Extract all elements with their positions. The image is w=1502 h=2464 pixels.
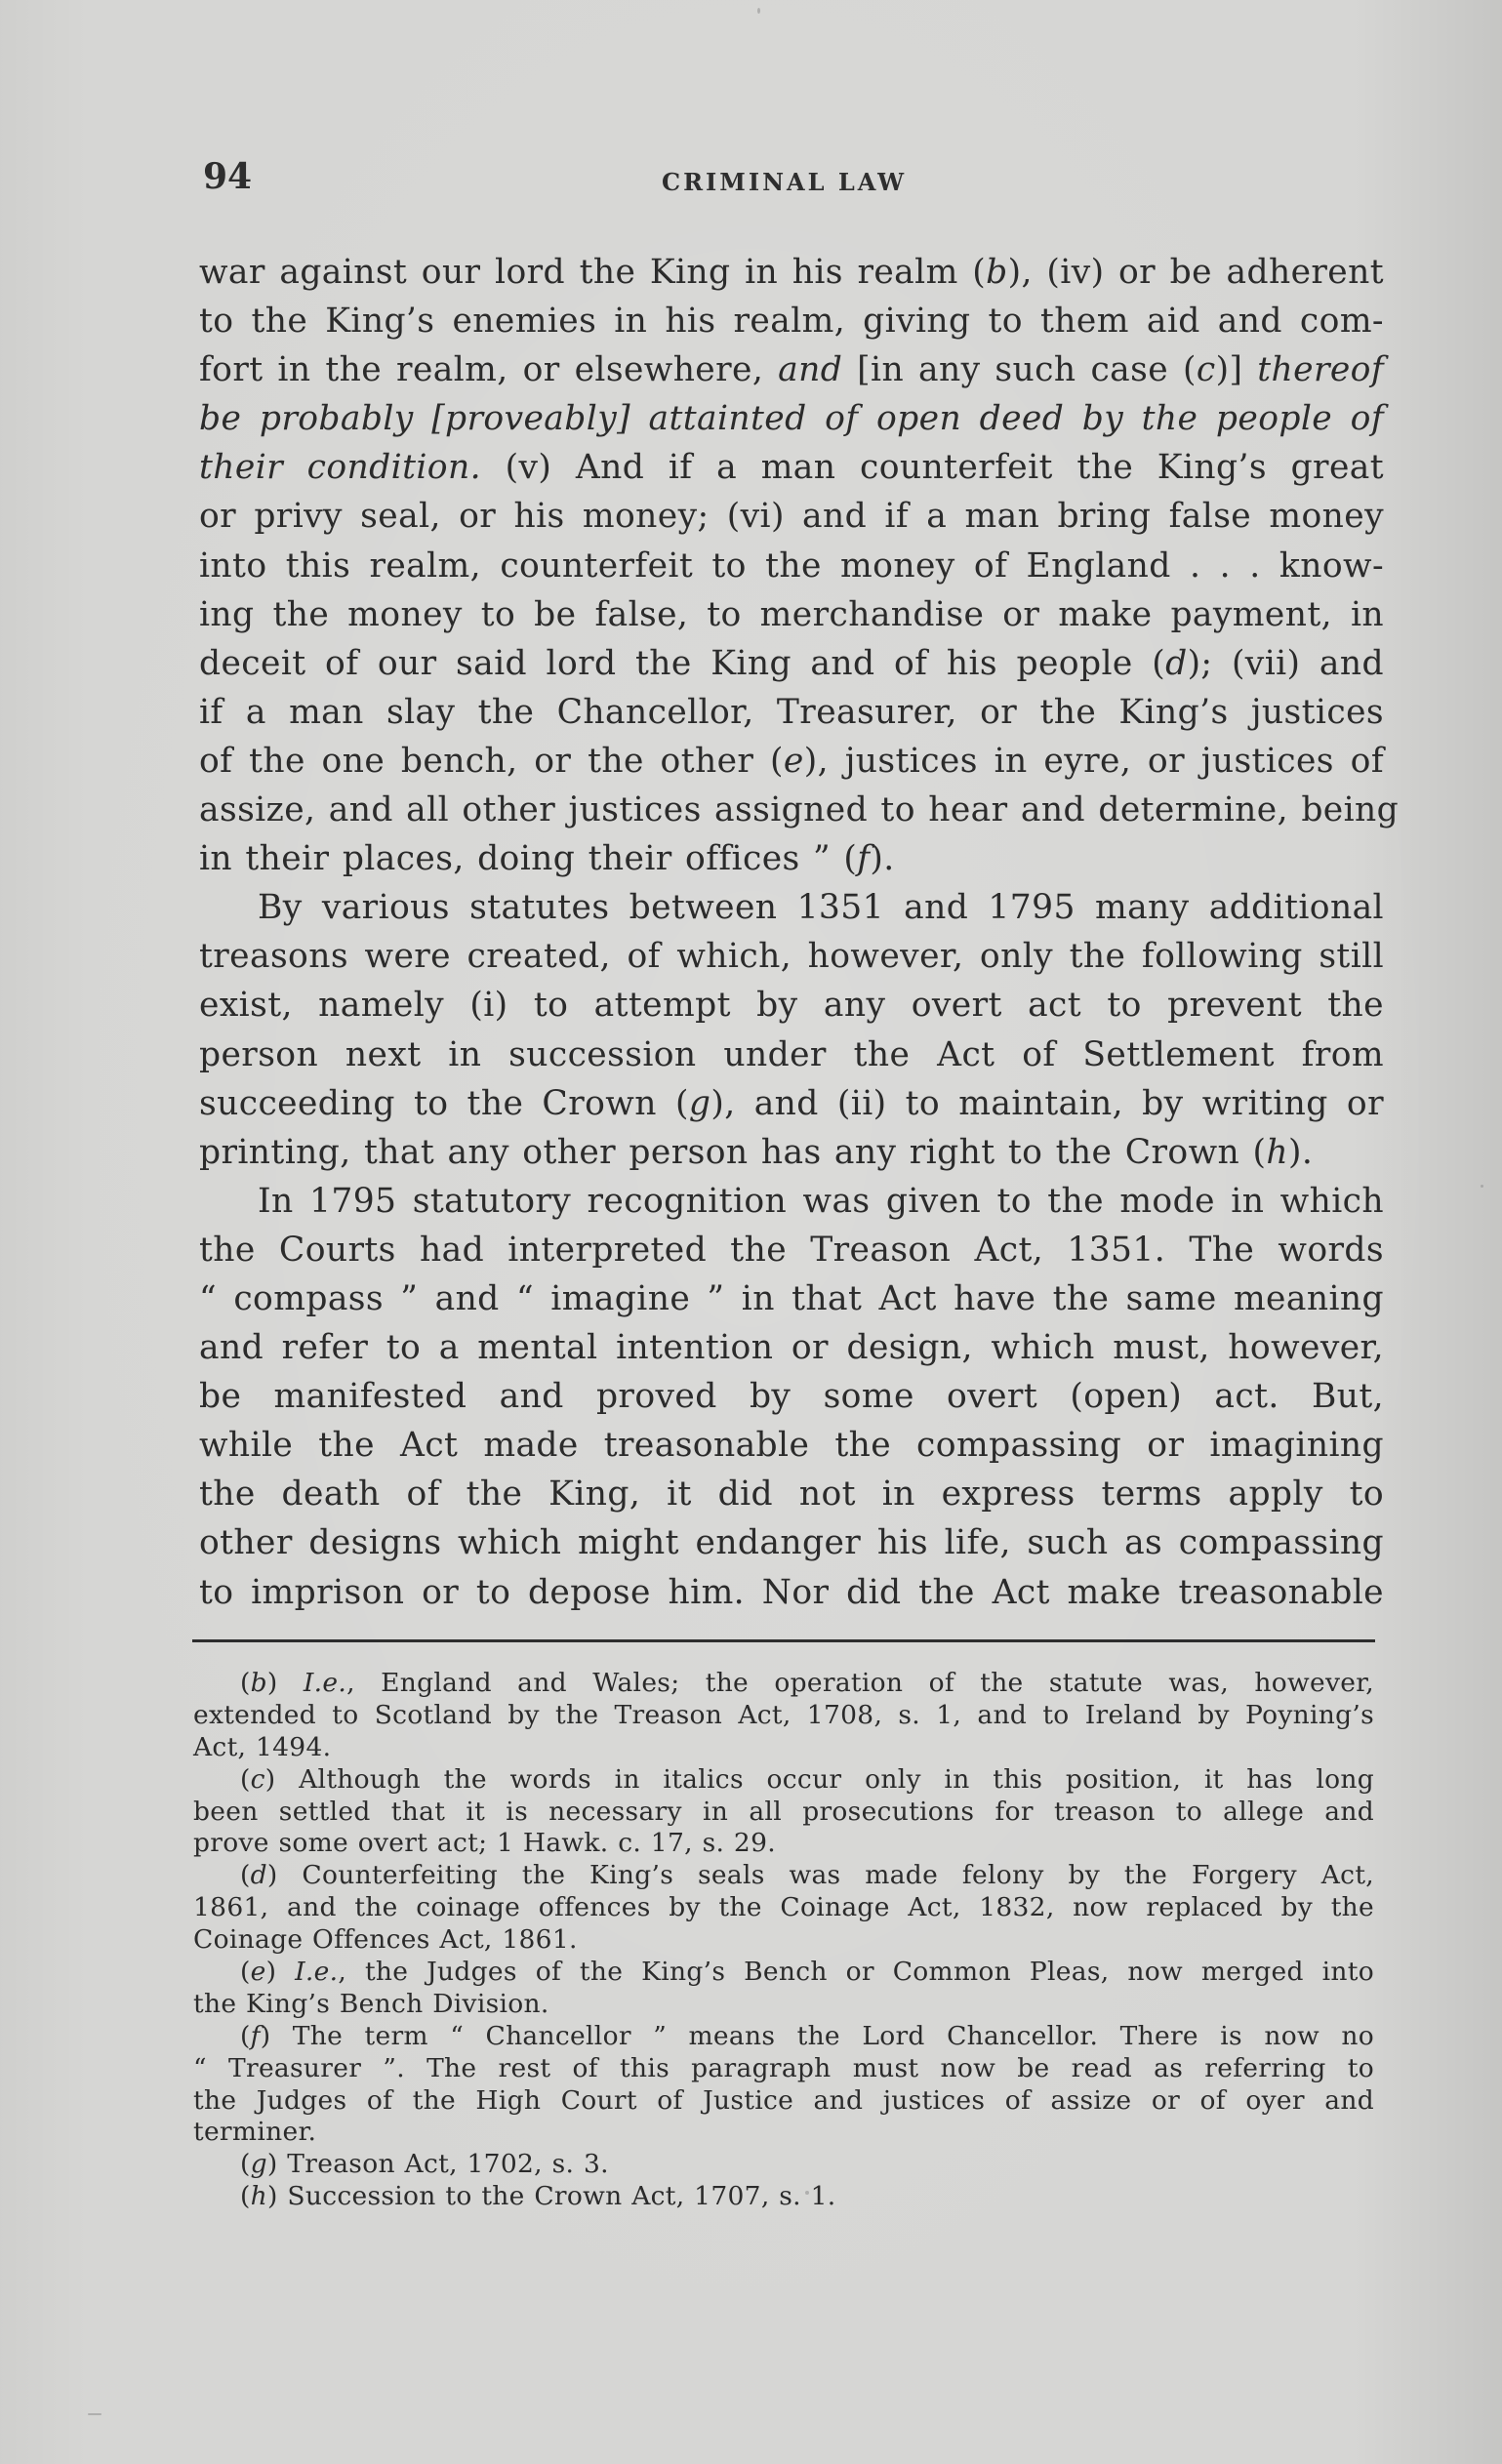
footnote-h: (h) Succession to the Crown Act, 1707, s… [193, 2180, 1374, 2212]
text-line: the death of the King, it did not in exp… [199, 1470, 1384, 1518]
italic-span: thereof [1257, 350, 1384, 389]
text-span: [in any such case ( [842, 350, 1197, 389]
text-line: deceit of our said lord the King and of … [199, 639, 1384, 688]
text-line: be probably [proveably] attainted of ope… [199, 394, 1384, 443]
text-line: if a man slay the Chancellor, Treasurer,… [199, 688, 1384, 737]
text-span: )] [1216, 350, 1258, 389]
footnote-d: (d) Counterfeiting the King’s seals was … [193, 1859, 1374, 1891]
text-span: ), (iv) or be adherent [1008, 253, 1384, 292]
text-line: printing, that any other person has any … [199, 1128, 1384, 1177]
running-title: CRIMINAL LAW [662, 168, 935, 196]
text-line: to the King’s enemies in his realm, givi… [199, 297, 1384, 345]
text-span: , England and Wales; the operation of th… [346, 1668, 1374, 1698]
text-line: to imprison or to depose him. Nor did th… [199, 1568, 1384, 1617]
paper-speck [88, 2413, 101, 2415]
text-span: deceit of our said lord the King and of … [199, 644, 1165, 683]
footnote-divider [192, 1639, 1375, 1642]
footnote-line: extended to Scotland by the Treason Act,… [193, 1699, 1374, 1731]
paragraph-start-line: In 1795 statutory recognition was given … [199, 1177, 1384, 1226]
footnote-marker: e [251, 1957, 266, 1987]
footnote-f: (f) The term “ Chancellor ” means the Lo… [193, 2020, 1374, 2052]
text-span: The term “ Chancellor ” means the Lord C… [270, 2021, 1374, 2051]
footnote-ref-d: d [1165, 644, 1188, 683]
text-span: succeeding to the Crown ( [199, 1084, 689, 1123]
footnote-ref-e: e [784, 742, 804, 781]
text-line: ing the money to be false, to merchandis… [199, 590, 1384, 639]
text-line: or privy seal, or his money; (vi) and if… [199, 492, 1384, 541]
text-line: “ compass ” and “ imagine ” in that Act … [199, 1274, 1384, 1323]
text-span: ). [870, 839, 894, 878]
text-span: Although the words in italics occur only… [275, 1764, 1374, 1795]
italic-span: be probably [proveably] attainted of ope… [199, 399, 1384, 438]
text-span: of the one bench, or the other ( [199, 742, 784, 781]
footnote-b: (b) I.e., England and Wales; the operati… [193, 1667, 1374, 1699]
text-span: ), justices in eyre, or justices of [804, 742, 1384, 781]
footnote-line: terminer. [193, 2116, 1374, 2148]
footnote-line: the Judges of the High Court of Justice … [193, 2084, 1374, 2117]
text-line: person next in succession under the Act … [199, 1030, 1384, 1079]
italic-span: and [778, 350, 842, 389]
text-line: while the Act made treasonable the compa… [199, 1421, 1384, 1470]
text-line: the Courts had interpreted the Treason A… [199, 1226, 1384, 1274]
text-line: and refer to a mental intention or desig… [199, 1323, 1384, 1372]
footnotes: (b) I.e., England and Wales; the operati… [193, 1667, 1374, 2212]
text-line: exist, namely (i) to attempt by any over… [199, 981, 1384, 1030]
page-number: 94 [203, 156, 252, 197]
text-line: fort in the realm, or elsewhere, and [in… [199, 345, 1384, 394]
text-span: , the Judges of the King’s Bench or Comm… [338, 1957, 1374, 1987]
paragraph-start-line: By various statutes between 1351 and 179… [199, 883, 1384, 932]
text-span: Succession to the Crown Act, 1707, s. 1. [278, 2181, 836, 2211]
footnote-marker: c [251, 1764, 265, 1795]
footnote-ref-g: g [689, 1084, 711, 1123]
italic-span: I.e. [304, 1668, 346, 1698]
text-span: Counterfeiting the King’s seals was made… [278, 1860, 1374, 1890]
footnote-ref-b: b [986, 253, 1008, 292]
text-span: in their places, doing their offices ” ( [199, 839, 857, 878]
footnote-line: Act, 1494. [193, 1731, 1374, 1763]
footnote-e: (e) I.e., the Judges of the King’s Bench… [193, 1956, 1374, 1988]
paper-speck [757, 8, 760, 14]
text-span: fort in the realm, or elsewhere, [199, 350, 778, 389]
text-span: (v) And if a man counterfeit the King’s … [481, 448, 1384, 487]
footnote-line: been settled that it is necessary in all… [193, 1796, 1374, 1828]
text-line: assize, and all other justices assigned … [199, 786, 1384, 834]
footnote-marker: g [251, 2149, 267, 2179]
footnote-ref-c: c [1197, 350, 1216, 389]
text-span: printing, that any other person has any … [199, 1133, 1266, 1172]
footnote-line: the King’s Bench Division. [193, 1988, 1374, 2020]
paper-speck [805, 2191, 809, 2195]
italic-span: their condition. [199, 448, 481, 487]
footnote-marker: d [251, 1860, 267, 1890]
text-span: ). [1288, 1133, 1313, 1172]
text-line: war against our lord the King in his rea… [199, 248, 1384, 297]
italic-span: I.e. [295, 1957, 338, 1987]
footnote-marker: h [251, 2181, 267, 2211]
main-text: war against our lord the King in his rea… [199, 248, 1384, 1617]
footnote-marker: f [251, 2021, 261, 2051]
footnote-line: Coinage Offences Act, 1861. [193, 1923, 1374, 1956]
footnote-line: prove some overt act; 1 Hawk. c. 17, s. … [193, 1827, 1374, 1859]
footnote-c: (c) Although the words in italics occur … [193, 1763, 1374, 1796]
footnote-ref-h: h [1266, 1133, 1288, 1172]
text-line: in their places, doing their offices ” (… [199, 834, 1384, 883]
text-span: ); (vii) and [1188, 644, 1384, 683]
text-line: succeeding to the Crown (g), and (ii) to… [199, 1079, 1384, 1128]
paper-speck [1481, 1185, 1483, 1188]
text-span: Treason Act, 1702, s. 3. [278, 2149, 609, 2179]
footnote-line: “ Treasurer ”. The rest of this paragrap… [193, 2052, 1374, 2084]
footnote-marker: b [251, 1668, 267, 1698]
text-span: ), and (ii) to maintain, by writing or [710, 1084, 1384, 1123]
book-page: 94 CRIMINAL LAW war against our lord the… [0, 0, 1502, 2464]
text-line: treasons were created, of which, however… [199, 932, 1384, 981]
text-span: war against our lord the King in his rea… [199, 253, 986, 292]
text-line: other designs which might endanger his l… [199, 1518, 1384, 1567]
footnote-line: 1861, and the coinage offences by the Co… [193, 1891, 1374, 1923]
footnote-g: (g) Treason Act, 1702, s. 3. [193, 2148, 1374, 2180]
footnote-ref-f: f [857, 839, 870, 878]
text-line: into this realm, counterfeit to the mone… [199, 542, 1384, 590]
text-line: be manifested and proved by some overt (… [199, 1372, 1384, 1421]
text-line: their condition. (v) And if a man counte… [199, 443, 1384, 492]
text-line: of the one bench, or the other (e), just… [199, 737, 1384, 786]
